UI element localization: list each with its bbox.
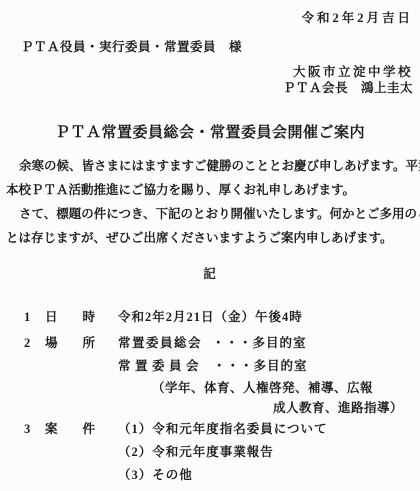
agenda-item-3: （3）その他 bbox=[118, 464, 193, 487]
place-room: ・・・多目的室 bbox=[212, 336, 307, 350]
greeting-paragraph: 余寒の候、皆さまにはますますご健勝のこととお慶び申しあげます。平素は、 本校ＰＴ… bbox=[0, 154, 420, 250]
recipient-line: ＰＴＡ役員・実行委員・常置委員 様 bbox=[0, 39, 420, 55]
greeting-line-1: 余寒の候、皆さまにはますますご健勝のこととお慶び申しあげます。平素は、 bbox=[6, 154, 414, 178]
place-meeting-name-2: 常置委員会 bbox=[118, 359, 203, 373]
item-value-place-1: 常置委員総会・・・多目的室 bbox=[118, 332, 307, 355]
document-page: 令和2年2月吉日 ＰＴＡ役員・実行委員・常置委員 様 大阪市立淀中学校 ＰＴＡ会… bbox=[0, 0, 420, 491]
item-value-datetime: 令和2年2月21日（金）午後4時 bbox=[118, 306, 303, 329]
record-heading: 記 bbox=[0, 265, 420, 283]
agenda-item-2: （2）令和元年度事業報告 bbox=[118, 441, 274, 464]
item-number: 2 bbox=[24, 332, 45, 355]
item-label-datetime: 日 時 bbox=[45, 306, 95, 329]
item-agenda-row: 3 案 件 （1）令和元年度指名委員について bbox=[0, 418, 420, 441]
item-datetime-row: 1 日 時 令和2年2月21日（金）午後4時 bbox=[0, 306, 420, 329]
greeting-line-2: 本校ＰＴＡ活動推進にご協力を賜り、厚くお礼申しあげます。 bbox=[6, 178, 414, 202]
greeting-line-3: さて、標題の件につき、下記のとおり開催いたします。何かとご多用のこと bbox=[6, 202, 414, 226]
agenda-item-1: （1）令和元年度指名委員について bbox=[118, 418, 328, 441]
place-meeting-name: 常置委員総会 bbox=[118, 336, 202, 350]
date-line: 令和2年2月吉日 bbox=[0, 10, 420, 26]
item-agenda-row-2: （2）令和元年度事業報告 bbox=[0, 441, 420, 464]
item-place-row: 2 場 所 常置委員総会・・・多目的室 bbox=[0, 332, 420, 355]
item-number: 3 bbox=[24, 418, 45, 441]
committee-list-line-1: （学年、体育、人権啓発、補導、広報 bbox=[0, 378, 420, 398]
document-title: ＰＴＡ常置委員総会・常置委員会開催ご案内 bbox=[0, 123, 420, 143]
greeting-line-4: とは存じますが、ぜひご出席くださいますようご案内申しあげます。 bbox=[6, 226, 414, 250]
details-list: 1 日 時 令和2年2月21日（金）午後4時 2 場 所 常置委員総会・・・多目… bbox=[0, 306, 420, 487]
sender-block: 大阪市立淀中学校 ＰＴＡ会長 鴻上圭太 bbox=[0, 64, 420, 96]
item-label-agenda: 案 件 bbox=[45, 418, 95, 441]
place-room-2: ・・・多目的室 bbox=[213, 359, 308, 373]
item-label-place: 場 所 bbox=[45, 332, 95, 355]
item-place-row-2: 常置委員会・・・多目的室 bbox=[0, 355, 420, 378]
item-agenda-row-3: （3）その他 bbox=[0, 464, 420, 487]
item-value-place-2: 常置委員会・・・多目的室 bbox=[118, 355, 308, 378]
committee-list-line-2: 成人教育、進路指導） bbox=[0, 398, 420, 418]
sender-name: ＰＴＡ会長 鴻上圭太 bbox=[0, 80, 413, 96]
item-number: 1 bbox=[24, 306, 45, 329]
sender-school: 大阪市立淀中学校 bbox=[0, 64, 413, 80]
